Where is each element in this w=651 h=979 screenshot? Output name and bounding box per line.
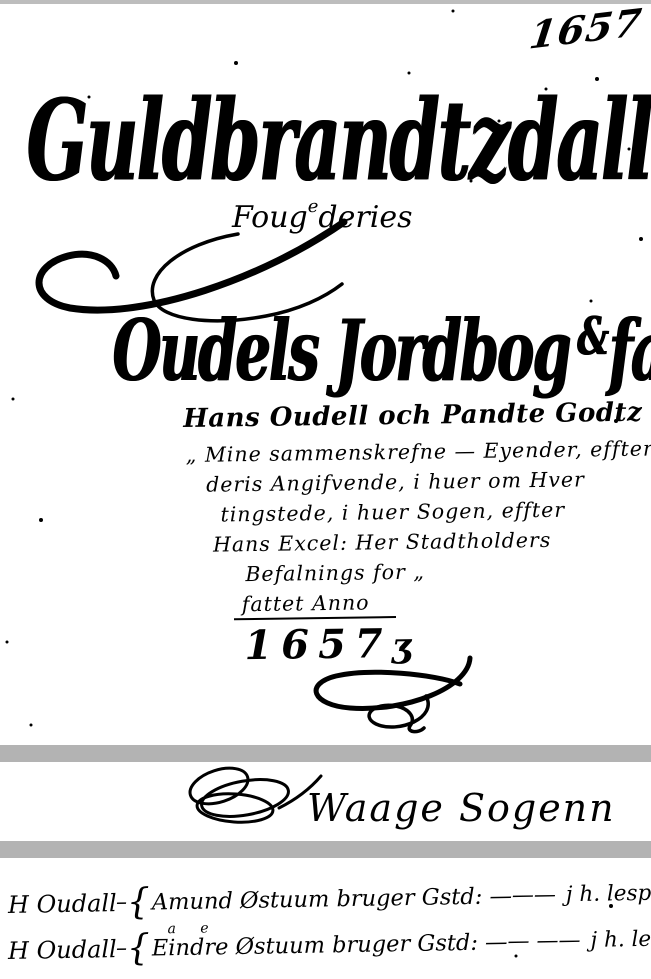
entry-holder: H Oudall bbox=[8, 889, 116, 919]
anno-line-underlined: fattet Anno bbox=[234, 590, 396, 620]
subtitle-superscript: e bbox=[308, 196, 319, 217]
entry-description: Amund Østuum bruger Gstd: — bbox=[152, 883, 513, 915]
separator-bar-bottom bbox=[0, 841, 651, 858]
entry-brace: { bbox=[127, 882, 151, 923]
entry-filler-dash: — —— bbox=[507, 928, 580, 954]
entry-amount: j h. lespd. bbox=[590, 926, 651, 953]
main-title: Guldbrandtzdallens bbox=[26, 74, 651, 206]
preamble-line: Befalnings for „ bbox=[245, 556, 651, 586]
entry-description: a e Eindre Østuum bruger Gstd: — bbox=[152, 929, 508, 961]
separator-bar-top bbox=[0, 745, 651, 762]
scan-noise-specks bbox=[0, 0, 2, 2]
preamble-line: Hans Excel: Her Stadtholders bbox=[213, 526, 651, 556]
second-title: Oudels Jordbog&faa bbox=[112, 302, 651, 401]
preamble-line: „ Mine sammenskrefne — Eyender, effter bbox=[186, 436, 651, 467]
entry-filler-dash: —— bbox=[512, 882, 556, 908]
calligraphic-knot-flourish bbox=[183, 764, 323, 832]
entry-amount: j h. lespd. bbox=[566, 880, 651, 907]
entry-holder: H Oudall bbox=[8, 935, 116, 965]
register-entry-row: H Oudall – { Amund Østuum bruger Gstd: —… bbox=[8, 873, 646, 925]
section-heading-row: Waage Sogenn bbox=[183, 764, 616, 834]
manuscript-page: 1657 Guldbrandtzdallens Fougederies Oude… bbox=[0, 0, 651, 979]
corner-year-annotation: 1657 bbox=[527, 0, 645, 58]
second-title-suffix: faa bbox=[608, 302, 651, 401]
entry-brace: { bbox=[127, 928, 151, 969]
year-loop-flourish bbox=[278, 652, 478, 737]
register-entry-row: H Oudall – { a e Eindre Østuum bruger Gs… bbox=[8, 919, 646, 971]
second-title-text: Oudels Jordbog bbox=[112, 302, 569, 401]
section-heading: Waage Sogenn bbox=[307, 786, 616, 834]
entry-dash: – bbox=[116, 890, 127, 915]
entry-superscript-note: a e bbox=[167, 920, 218, 937]
entry-description-text: Amund Østuum bruger Gstd: — bbox=[152, 883, 513, 915]
preamble-line: deris Angifvende, i huer om Hver bbox=[206, 466, 651, 496]
preamble-block: Hans Oudell och Pandte Godtz Mz„ „ Mine … bbox=[183, 397, 651, 670]
preamble-line: tingstede, i huer Sogen, effter bbox=[220, 496, 651, 526]
entry-dash: – bbox=[116, 936, 127, 961]
ampersand-flourish: & bbox=[577, 306, 606, 368]
scan-edge-strip bbox=[0, 0, 651, 4]
preamble-line: Hans Oudell och Pandte Godtz Mz„ bbox=[183, 397, 651, 434]
